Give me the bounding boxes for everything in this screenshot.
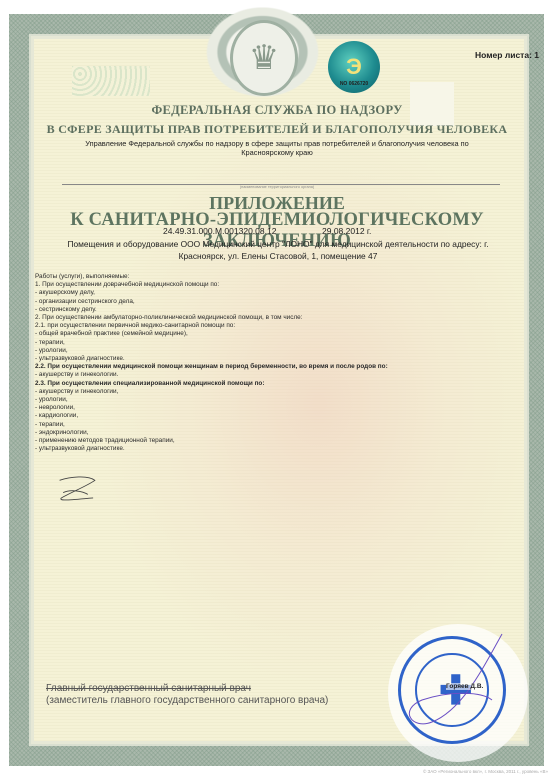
work-item: - акушерству и гинекологии, xyxy=(35,388,388,396)
work-item: - сестринскому делу. xyxy=(35,306,388,314)
work-item: - ультразвуковой диагностике. xyxy=(35,445,388,453)
work-item: - акушерству и гинекологии. xyxy=(35,371,388,379)
work-item: 2.2. При осуществлении медицинской помощ… xyxy=(35,363,388,371)
department-line-2: Красноярскому краю xyxy=(0,148,554,157)
hologram-seal-icon: ЭNO 0626720 xyxy=(328,41,380,93)
work-item: - неврологии, xyxy=(35,404,388,412)
work-item: 2.3. При осуществлении специализированно… xyxy=(35,380,388,388)
work-item: - кардиологии, xyxy=(35,412,388,420)
territorial-body-caption: (наименование территориального органа) xyxy=(0,185,554,189)
subject-line-1: Помещения и оборудование ООО Медицинский… xyxy=(24,238,532,250)
work-item: - урологии, xyxy=(35,347,388,355)
work-item: - общей врачебной практике (семейной мед… xyxy=(35,330,388,338)
deputy-doctor-title: (заместитель главного государственного с… xyxy=(46,695,328,706)
header-line-1: ФЕДЕРАЛЬНАЯ СЛУЖБА ПО НАДЗОРУ xyxy=(0,103,554,118)
conclusion-date: 29.08.2012 г. xyxy=(322,226,371,236)
sheet-number: Номер листа: 1 xyxy=(475,50,539,60)
conclusion-number: 24.49.31.000.М.001320.08.12 xyxy=(163,226,276,236)
department-line-1: Управление Федеральной службы по надзору… xyxy=(0,139,554,148)
signature-icon xyxy=(50,475,108,505)
coat-of-arms-icon: ♛ xyxy=(230,20,298,96)
work-item: 1. При осуществлении доврачебной медицин… xyxy=(35,281,388,289)
work-item: 2. При осуществлении амбулаторно-поликли… xyxy=(35,314,388,322)
subject-line-2: Красноярск, ул. Елены Стасовой, 1, помещ… xyxy=(24,250,532,262)
work-item: - урологии, xyxy=(35,396,388,404)
hologram-code: NO 0626720 xyxy=(340,81,368,87)
header-line-2: В СФЕРЕ ЗАЩИТЫ ПРАВ ПОТРЕБИТЕЛЕЙ И БЛАГО… xyxy=(0,122,554,137)
work-item: - терапии, xyxy=(35,421,388,429)
works-list: Работы (услуги), выполняемые:1. При осущ… xyxy=(35,273,388,453)
subject-description: Помещения и оборудование ООО Медицинский… xyxy=(24,238,532,262)
work-item: Работы (услуги), выполняемые: xyxy=(35,273,388,281)
work-item: - акушерскому делу, xyxy=(35,289,388,297)
printer-imprint: © ЗАО «Регионального вкл», г. Москва, 20… xyxy=(423,769,548,774)
signatory-name: Горяев Д.В. xyxy=(446,683,483,690)
guilloche-pattern xyxy=(72,66,150,96)
work-item: - организации сестринского дела, xyxy=(35,298,388,306)
chief-doctor-title: Главный государственный санитарный врач xyxy=(46,683,251,694)
work-item: - эндокринологии, xyxy=(35,429,388,437)
work-item: - ультразвуковой диагностике. xyxy=(35,355,388,363)
work-item: - терапии, xyxy=(35,339,388,347)
